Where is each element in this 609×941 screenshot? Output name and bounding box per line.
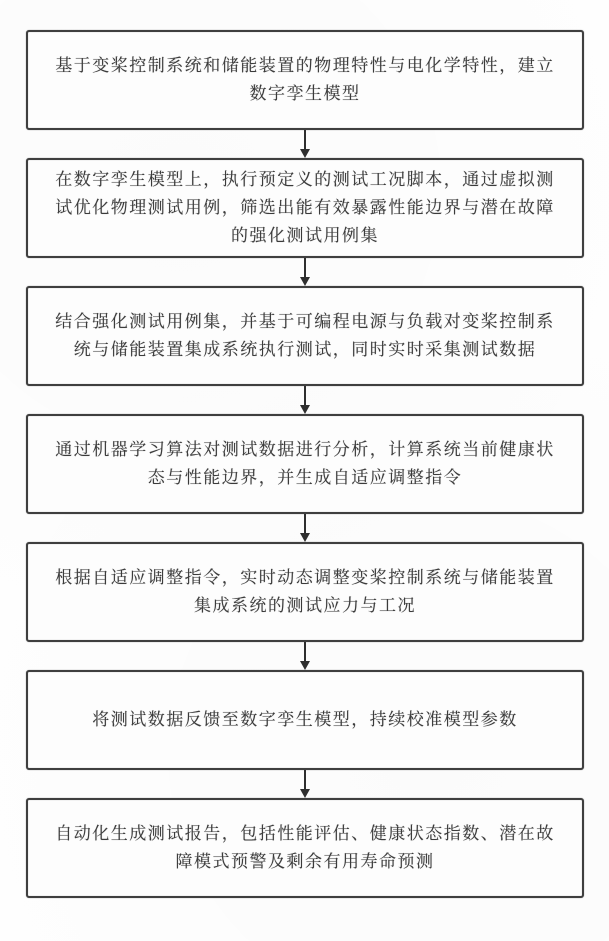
process-step-box: 自动化生成测试报告，包括性能评估、健康状态指数、潜在故障模式预警及剩余有用寿命预…	[26, 798, 584, 898]
flow-step: 根据自适应调整指令，实时动态调整变桨控制系统与储能装置集成系统的测试应力与工况	[26, 542, 584, 670]
arrow-head	[300, 533, 310, 542]
arrow-shaft	[304, 642, 306, 662]
arrow-head	[300, 149, 310, 158]
process-step-7-text-line: 障模式预警及剩余有用寿命预测	[176, 848, 435, 876]
process-step-5-text-line: 根据自适应调整指令，实时动态调整变桨控制系统与储能装置	[55, 564, 555, 592]
flow-step: 结合强化测试用例集，并基于可编程电源与负载对变桨控制系统与储能装置集成系统执行测…	[26, 286, 584, 414]
flow-step: 通过机器学习算法对测试数据进行分析，计算系统当前健康状态与性能边界，并生成自适应…	[26, 414, 584, 542]
flow-step: 自动化生成测试报告，包括性能评估、健康状态指数、潜在故障模式预警及剩余有用寿命预…	[26, 798, 584, 898]
process-step-box: 基于变桨控制系统和储能装置的物理特性与电化学特性，建立数字孪生模型	[26, 30, 584, 130]
process-flowchart: 基于变桨控制系统和储能装置的物理特性与电化学特性，建立数字孪生模型 在数字孪生模…	[26, 30, 584, 898]
down-arrow-icon	[300, 386, 310, 414]
process-step-box: 根据自适应调整指令，实时动态调整变桨控制系统与储能装置集成系统的测试应力与工况	[26, 542, 584, 642]
process-step-2-text-line: 在数字孪生模型上，执行预定义的测试工况脚本，通过虚拟测	[55, 166, 555, 194]
process-step-5-text-line: 集成系统的测试应力与工况	[194, 592, 416, 620]
process-step-box: 通过机器学习算法对测试数据进行分析，计算系统当前健康状态与性能边界，并生成自适应…	[26, 414, 584, 514]
process-step-box: 在数字孪生模型上，执行预定义的测试工况脚本，通过虚拟测试优化物理测试用例，筛选出…	[26, 158, 584, 258]
flowchart-page: 基于变桨控制系统和储能装置的物理特性与电化学特性，建立数字孪生模型 在数字孪生模…	[0, 0, 609, 941]
arrow-head	[300, 277, 310, 286]
flow-step: 将测试数据反馈至数字孪生模型，持续校准模型参数	[26, 670, 584, 798]
process-step-2-text-line: 的强化测试用例集	[231, 222, 379, 250]
process-step-1-text-line: 基于变桨控制系统和储能装置的物理特性与电化学特性，建立	[55, 52, 555, 80]
arrow-head	[300, 405, 310, 414]
process-step-box: 将测试数据反馈至数字孪生模型，持续校准模型参数	[26, 670, 584, 770]
process-step-7-text-line: 自动化生成测试报告，包括性能评估、健康状态指数、潜在故	[55, 820, 555, 848]
process-step-4-text-line: 通过机器学习算法对测试数据进行分析，计算系统当前健康状	[55, 436, 555, 464]
down-arrow-icon	[300, 130, 310, 158]
down-arrow-icon	[300, 514, 310, 542]
down-arrow-icon	[300, 770, 310, 798]
process-step-2-text-line: 试优化物理测试用例，筛选出能有效暴露性能边界与潜在故障	[55, 194, 555, 222]
arrow-shaft	[304, 386, 306, 406]
process-step-3-text-line: 统与储能装置集成系统执行测试，同时实时采集测试数据	[74, 336, 537, 364]
process-step-box: 结合强化测试用例集，并基于可编程电源与负载对变桨控制系统与储能装置集成系统执行测…	[26, 286, 584, 386]
arrow-head	[300, 661, 310, 670]
process-step-1-text-line: 数字孪生模型	[250, 80, 361, 108]
arrow-head	[300, 789, 310, 798]
flow-step: 基于变桨控制系统和储能装置的物理特性与电化学特性，建立数字孪生模型	[26, 30, 584, 158]
arrow-shaft	[304, 258, 306, 278]
process-step-6-text-line: 将测试数据反馈至数字孪生模型，持续校准模型参数	[92, 706, 518, 734]
arrow-shaft	[304, 770, 306, 790]
arrow-shaft	[304, 514, 306, 534]
down-arrow-icon	[300, 258, 310, 286]
down-arrow-icon	[300, 642, 310, 670]
flow-step: 在数字孪生模型上，执行预定义的测试工况脚本，通过虚拟测试优化物理测试用例，筛选出…	[26, 158, 584, 286]
process-step-3-text-line: 结合强化测试用例集，并基于可编程电源与负载对变桨控制系	[55, 308, 555, 336]
arrow-shaft	[304, 130, 306, 150]
process-step-4-text-line: 态与性能边界，并生成自适应调整指令	[148, 464, 463, 492]
